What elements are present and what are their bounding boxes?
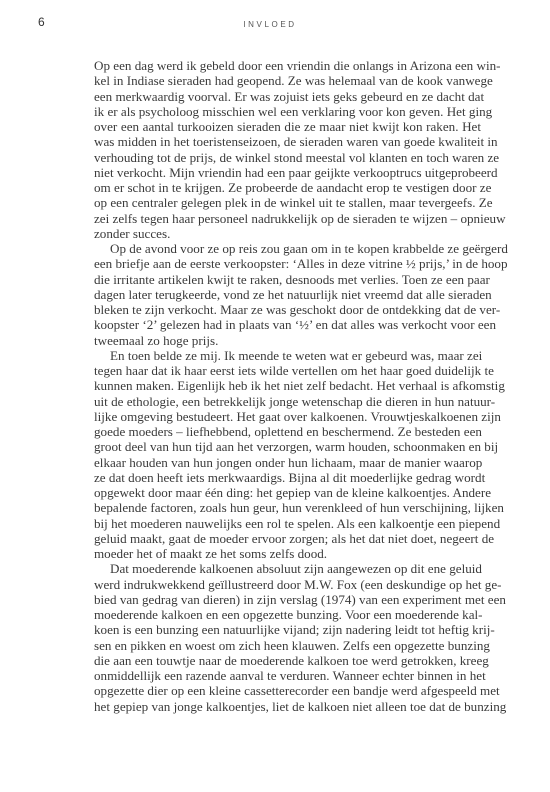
body-text: Op een dag werd ik gebeld door een vrien… <box>94 58 481 714</box>
text-line: verhouding tot de prijs, de winkel stond… <box>94 150 481 165</box>
text-line: Op een dag werd ik gebeld door een vrien… <box>94 58 481 73</box>
paragraph: En toen belde ze mij. Ik meende te weten… <box>94 348 481 562</box>
text-line: was midden in het toeristenseizoen, de s… <box>94 134 481 149</box>
text-line: onmiddellijk een razende aanval te verdu… <box>94 668 481 683</box>
text-line: het gepiep van jonge kalkoentjes, liet d… <box>94 699 481 714</box>
text-line: dagen later terugkeerde, vond ze het nat… <box>94 287 481 302</box>
text-line: elkaar houden van hun jongen onder hun l… <box>94 455 481 470</box>
text-line: die irritante artikelen kwijt te raken, … <box>94 272 481 287</box>
text-line: opgewekt door maar één ding: het gepiep … <box>94 485 481 500</box>
text-line: zei zelfs tegen haar personeel nadrukkel… <box>94 211 481 226</box>
text-line: kunnen maken. Eigenlijk heb ik het niet … <box>94 378 481 393</box>
text-line: En toen belde ze mij. Ik meende te weten… <box>94 348 481 363</box>
text-line: over een aantal turkooizen sieraden die … <box>94 119 481 134</box>
text-line: Dat moederende kalkoenen absoluut zijn a… <box>94 561 481 576</box>
text-line: moederende kalkoen en een opgezette bunz… <box>94 607 481 622</box>
text-line: om er schot in te krijgen. Ze probeerde … <box>94 180 481 195</box>
text-line: lijke omgeving bestudeert. Het gaat over… <box>94 409 481 424</box>
text-line: uit de ethologie, een betrekkelijk jonge… <box>94 394 481 409</box>
text-line: kel in Indiase sieraden had geopend. Ze … <box>94 73 481 88</box>
text-line: Op de avond voor ze op reis zou gaan om … <box>94 241 481 256</box>
text-line: die aan een touwtje naar de moederende k… <box>94 653 481 668</box>
text-line: bij het moederen nauwelijks een rol te s… <box>94 516 481 531</box>
text-line: bied van gedrag van dieren) in zijn vers… <box>94 592 481 607</box>
text-line: werd indrukwekkend geïllustreerd door M.… <box>94 577 481 592</box>
text-line: koen is een bunzing een natuurlijke vija… <box>94 622 481 637</box>
paragraph: Op de avond voor ze op reis zou gaan om … <box>94 241 481 348</box>
text-line: bepalende factoren, zoals hun geur, hun … <box>94 500 481 515</box>
text-line: ze dat doen heeft iets merkwaardigs. Bij… <box>94 470 481 485</box>
text-line: koopster ‘2’ gelezen had in plaats van ‘… <box>94 317 481 332</box>
text-line: groot deel van hun tijd aan het verzorge… <box>94 439 481 454</box>
text-line: goede moeders – liefhebbend, oplettend e… <box>94 424 481 439</box>
text-line: een briefje aan de eerste verkoopster: ‘… <box>94 256 481 271</box>
text-line: moeder het of maakt ze het soms zelfs do… <box>94 546 481 561</box>
text-line: opgezette dier op een kleine cassetterec… <box>94 683 481 698</box>
text-line: zonder succes. <box>94 226 481 241</box>
text-line: geluid maakt, gaat de moeder ervoor zorg… <box>94 531 481 546</box>
text-line: tegen haar dat ik haar eerst iets wilde … <box>94 363 481 378</box>
paragraph: Op een dag werd ik gebeld door een vrien… <box>94 58 481 241</box>
text-line: op een centraler gelegen plek in de wink… <box>94 195 481 210</box>
paragraph: Dat moederende kalkoenen absoluut zijn a… <box>94 561 481 714</box>
text-line: niet verkocht. Mijn vriendin had een paa… <box>94 165 481 180</box>
running-head: INVLOED <box>0 20 540 29</box>
text-line: een merkwaardig voorval. Er was zojuist … <box>94 89 481 104</box>
text-line: ik er als psycholoog misschien wel een v… <box>94 104 481 119</box>
text-line: sen en pikken en woest om zich heen klau… <box>94 638 481 653</box>
text-line: bleken te zijn verkocht. Maar ze was ges… <box>94 302 481 317</box>
text-line: tweemaal zo hoge prijs. <box>94 333 481 348</box>
